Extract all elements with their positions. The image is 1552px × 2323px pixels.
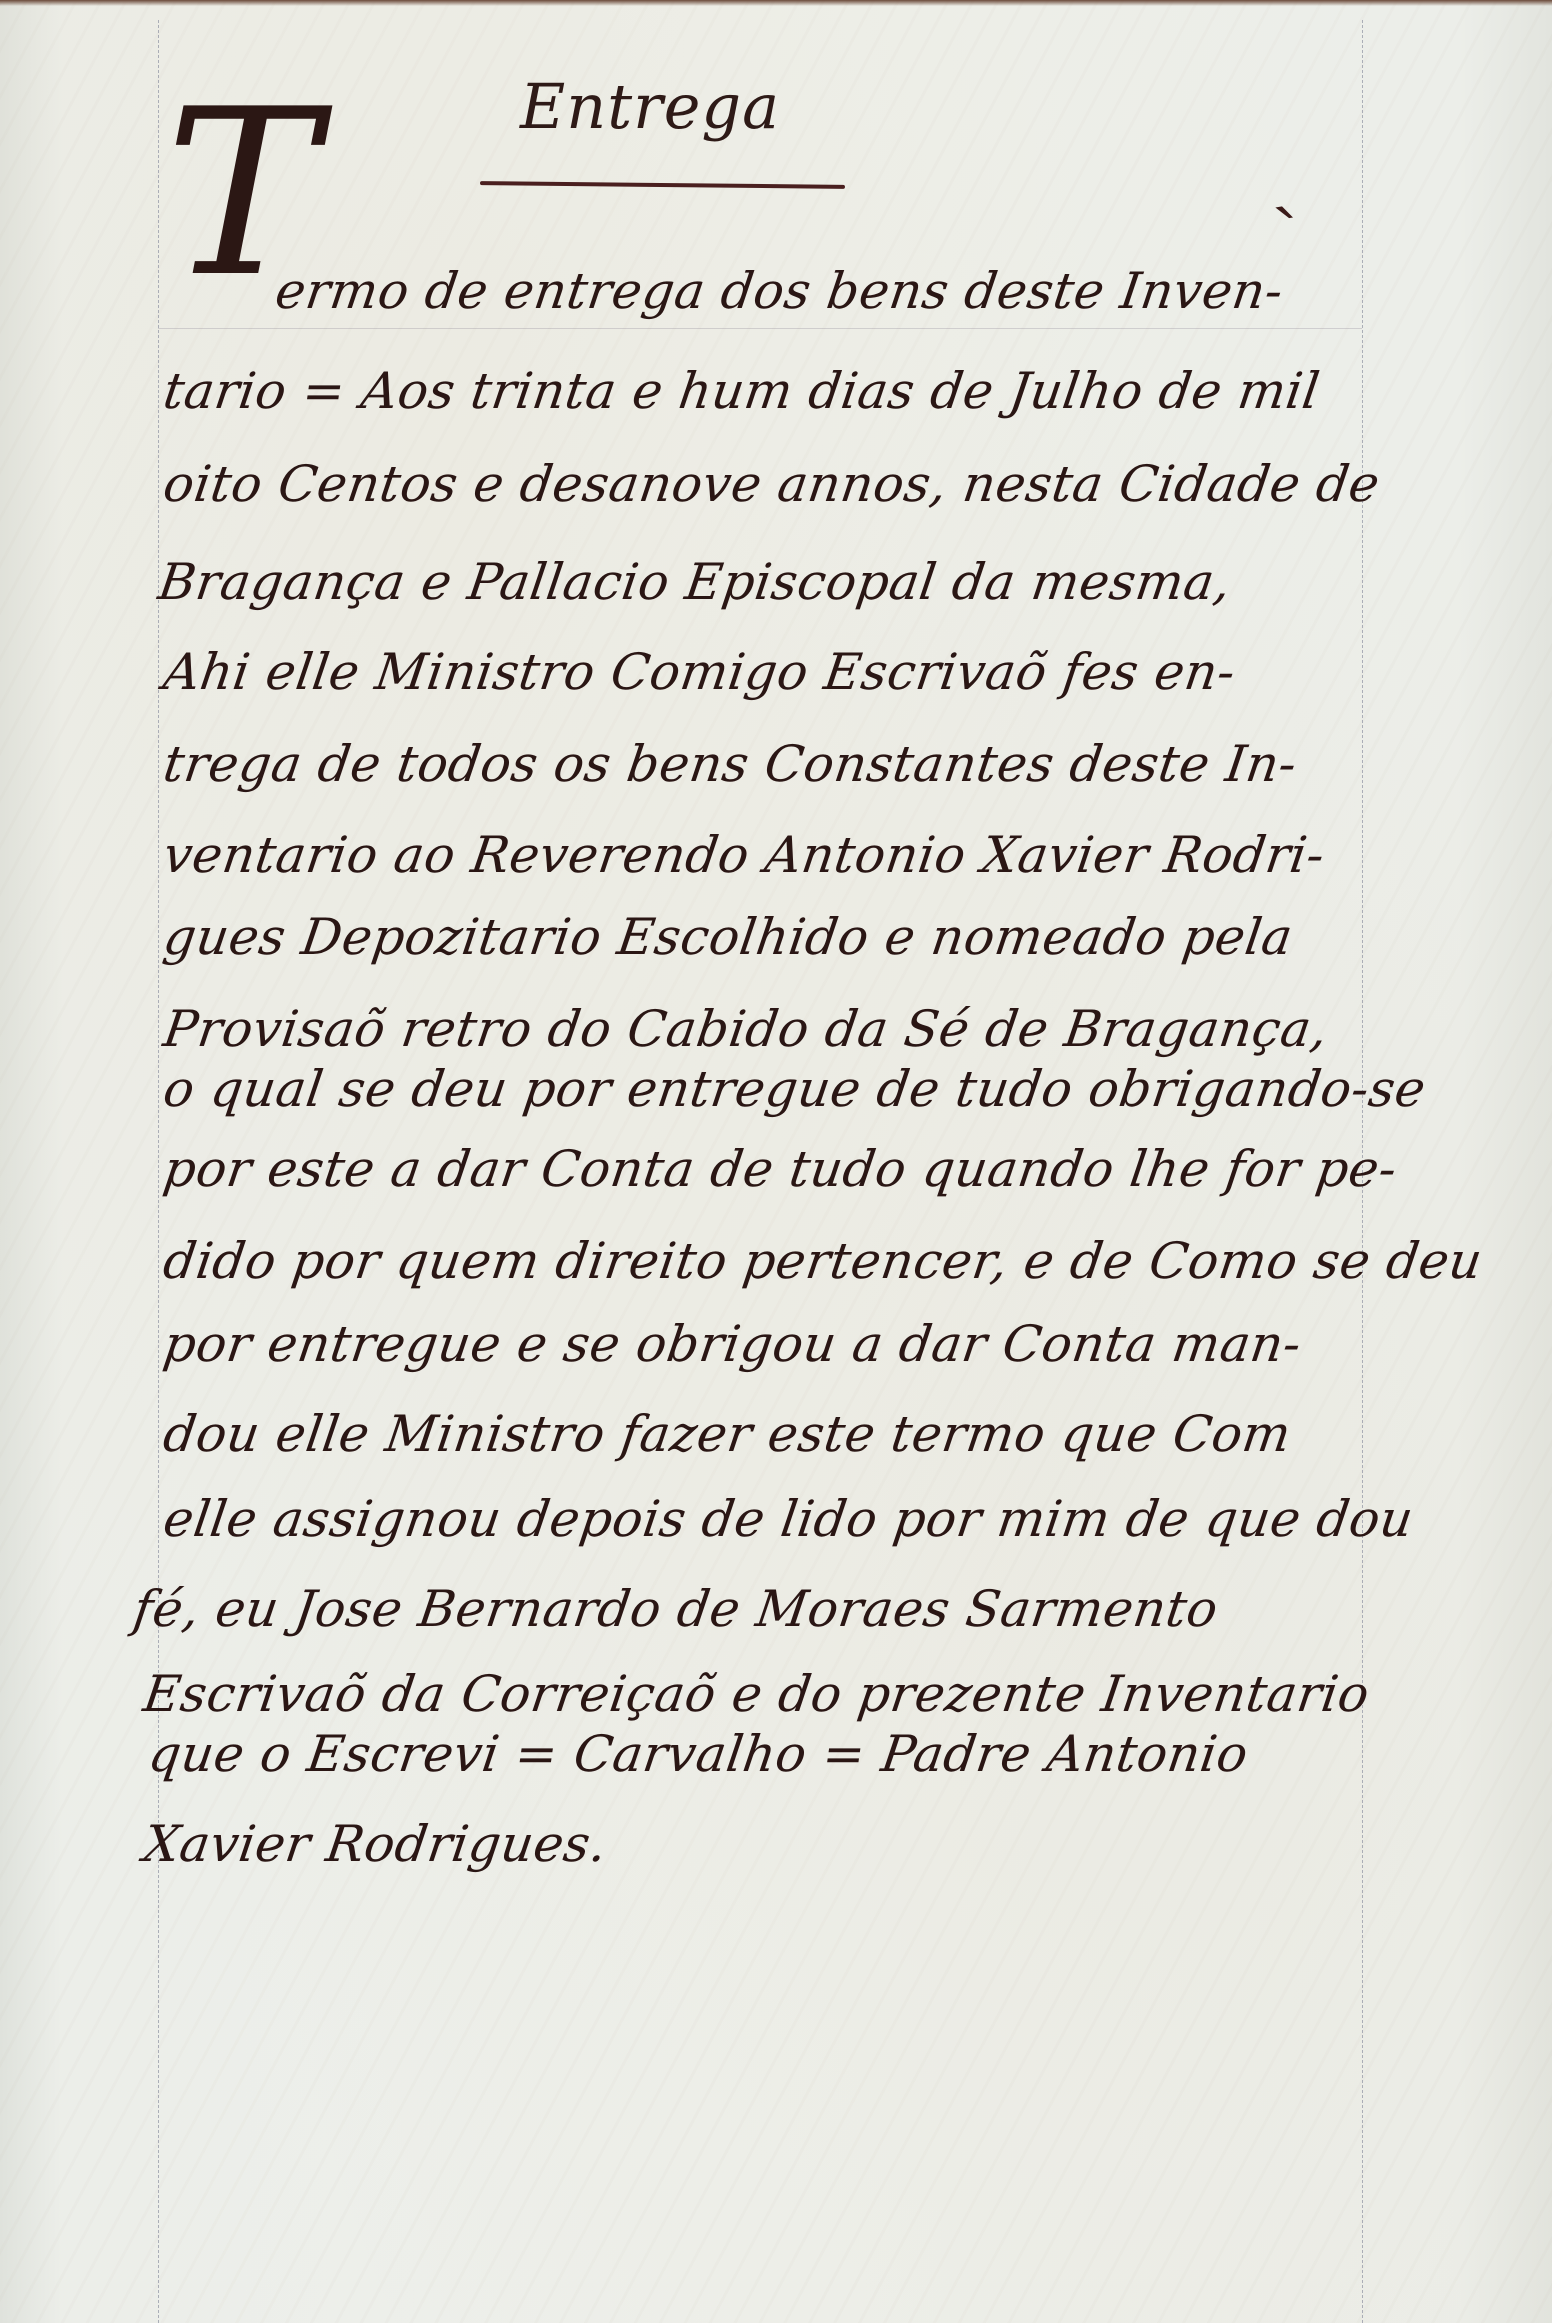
text-line: Escrivaõ da Correiçaõ e do prezente Inve… <box>140 1665 1373 1723</box>
title-underline <box>480 181 845 189</box>
text-line: elle assignou depois de lido por mim de … <box>160 1490 1417 1548</box>
text-line: fé, eu Jose Bernardo de Moraes Sarmento <box>130 1580 1222 1638</box>
text-line: gues Depozitario Escolhido e nomeado pel… <box>160 908 1296 966</box>
page-top-edge <box>0 0 1552 6</box>
text-line: ventario ao Reverendo Antonio Xavier Rod… <box>160 826 1328 884</box>
text-line: que o Escrevi = Carvalho = Padre Antonio <box>145 1725 1252 1783</box>
title-block: Entrega <box>470 40 970 190</box>
manuscript-page: Entrega T ` ermo de entrega dos bens des… <box>0 0 1552 2323</box>
text-line: Provisaõ retro do Cabido da Sé de Bragan… <box>160 1000 1332 1058</box>
text-line: Bragança e Pallacio Episcopal da mesma, <box>155 553 1235 611</box>
left-margin-rule <box>158 20 159 2323</box>
text-line: ermo de entrega dos bens deste Inven- <box>272 262 1287 320</box>
text-line: dido por quem direito pertencer, e de Co… <box>160 1232 1486 1290</box>
text-line: por entregue e se obrigou a dar Conta ma… <box>160 1315 1305 1373</box>
text-line: Xavier Rodrigues. <box>140 1815 611 1873</box>
text-line: o qual se deu por entregue de tudo obrig… <box>160 1060 1429 1118</box>
text-line: tario = Aos trinta e hum dias de Julho d… <box>160 362 1323 420</box>
text-line: dou elle Ministro fazer este termo que C… <box>160 1405 1295 1463</box>
ruling-line <box>158 328 1362 329</box>
text-line: por este a dar Conta de tudo quando lhe … <box>160 1140 1401 1198</box>
text-line: Ahi elle Ministro Comigo Escrivaõ fes en… <box>160 643 1239 701</box>
text-line: oito Centos e desanove annos, nesta Cida… <box>160 455 1383 513</box>
page-title: Entrega <box>520 70 780 143</box>
text-line: trega de todos os bens Constantes deste … <box>160 735 1301 793</box>
